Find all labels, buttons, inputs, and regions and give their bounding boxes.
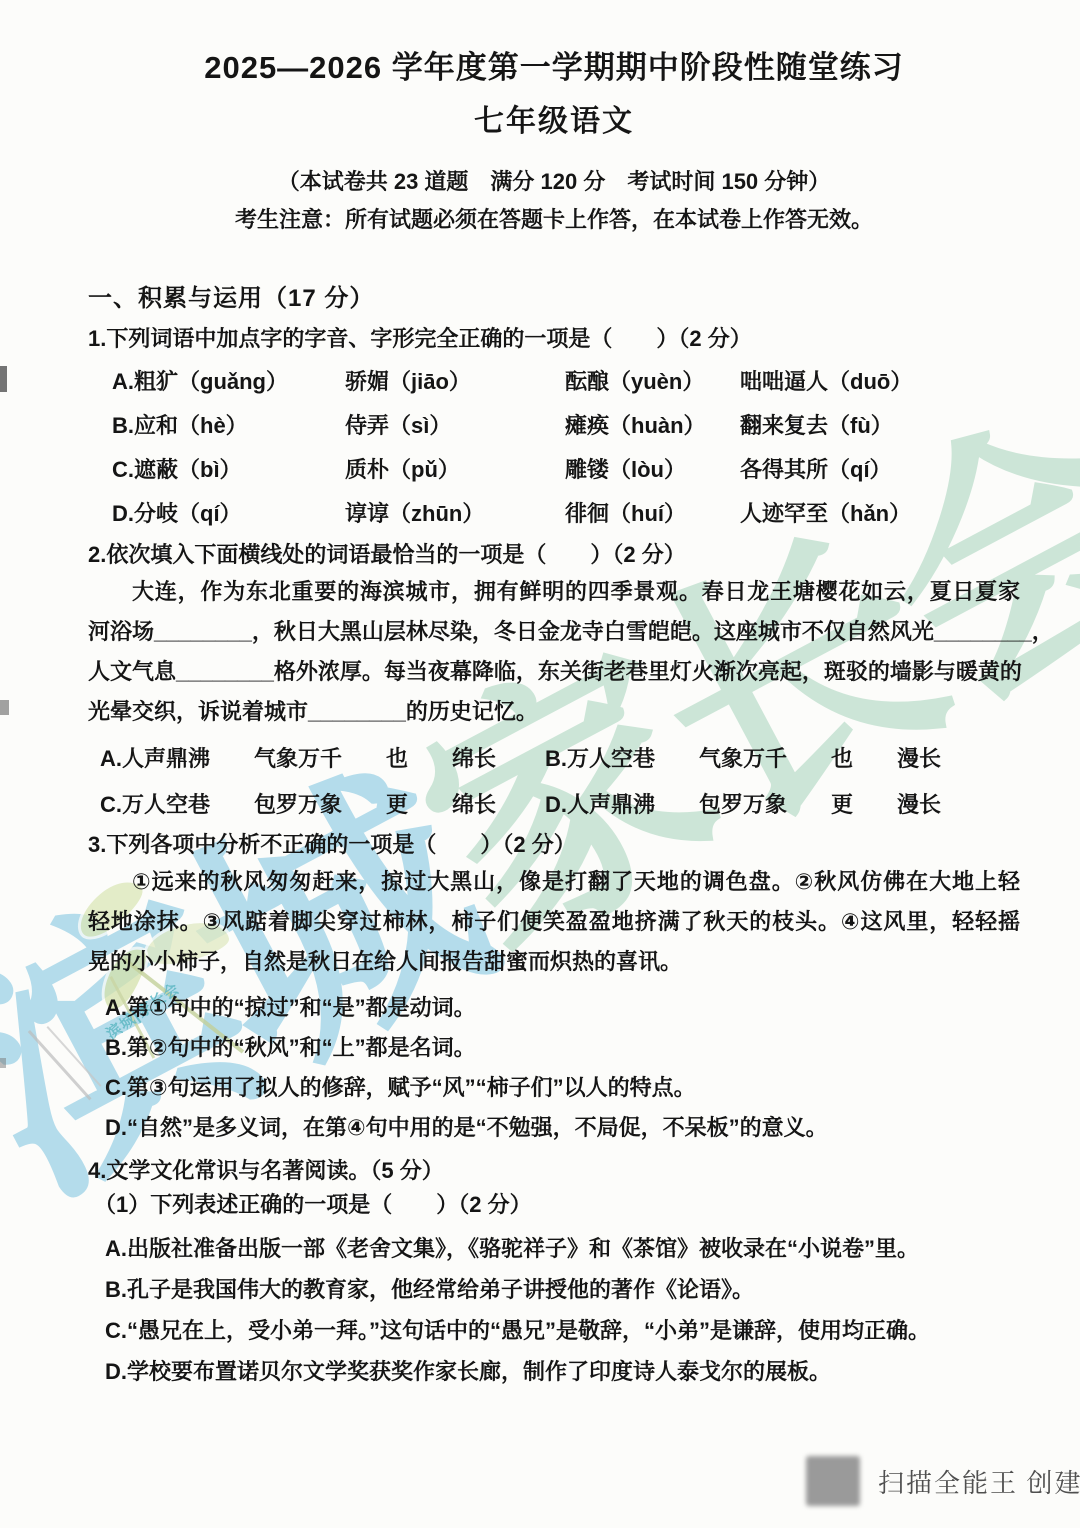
q1-option-row-b: B.应和（hè） 侍弄（sì） 瘫痪（huàn） 翻来复去（fù） <box>112 404 1020 448</box>
q1-option-row-c: C.遮蔽（bì） 质朴（pǔ） 雕镂（lòu） 各得其所（qí） <box>112 448 1020 492</box>
exam-paper-page: 滨城家长会 滨城|家长会 2025—2026 学年度第一学期期中阶段性随堂练习 … <box>0 0 1080 1528</box>
camscanner-credit-text: 扫描全能王 创建 <box>878 1463 1080 1500</box>
q1-c-word2: 质朴（pǔ） <box>345 448 565 492</box>
q1-b-word3: 瘫痪（huàn） <box>565 404 740 448</box>
q3-passage-line: 轻地涂抹。③风踮着脚尖穿过柿林，柿子们便笑盈盈地挤满了秋天的枝头。④这风里，轻轻… <box>88 902 1020 942</box>
section-heading: 一、积累与运用（17 分） <box>88 284 1020 314</box>
exam-title: 2025—2026 学年度第一学期期中阶段性随堂练习 <box>88 48 1020 88</box>
q1-c-word3: 雕镂（lòu） <box>565 448 740 492</box>
exam-notice: 考生注意：所有试题必须在答题卡上作答，在本试卷上作答无效。 <box>88 206 1020 234</box>
q4-option-d: D.学校要布置诺贝尔文学奖获奖作家长廊，制作了印度诗人泰戈尔的展板。 <box>105 1351 1020 1392</box>
exam-meta: （本试卷共 23 道题 满分 120 分 考试时间 150 分钟） <box>88 168 1020 196</box>
q2-option-row: A.人声鼎沸 气象万千 也 绵长 B.万人空巷 气象万千 也 漫长 <box>100 736 1020 782</box>
q4-option-c: C.“愚兄在上，受小弟一拜。”这句话中的“愚兄”是敬辞，“小弟”是谦辞，使用均正… <box>105 1310 1020 1351</box>
q1-a-word4: 咄咄逼人（duō） <box>740 360 1020 404</box>
q3-options: A.第①句中的“掠过”和“是”都是动词。 B.第②句中的“秋风”和“上”都是名词… <box>105 988 1020 1148</box>
q3-stem: 3.下列各项中分析不正确的一项是（ ）（2 分） <box>88 828 1020 862</box>
q1-d-word1: D.分岐（qí） <box>112 492 345 536</box>
q1-d-word3: 徘徊（huí） <box>565 492 740 536</box>
q3-passage-line: ①远来的秋风匆匆赶来，掠过大黑山，像是打翻了天地的调色盘。②秋风仿佛在大地上轻 <box>88 862 1020 902</box>
q2-stem: 2.依次填入下面横线处的词语最恰当的一项是（ ）（2 分） <box>88 538 1020 572</box>
q3-option-c: C.第③句运用了拟人的修辞，赋予“风”“柿子们”以人的特点。 <box>105 1068 1020 1108</box>
camscanner-credit: 扫描全能王 创建 <box>806 1456 1080 1506</box>
q1-d-word2: 谆谆（zhūn） <box>345 492 565 536</box>
exam-subtitle: 七年级语文 <box>88 102 1020 142</box>
q2-passage-line: 河浴场________，秋日大黑山层林尽染，冬日金龙寺白雪皑皑。这座城市不仅自然… <box>88 612 1020 652</box>
q4-sub-stem: （1）下列表述正确的一项是（ ）（2 分） <box>88 1188 1020 1222</box>
q2-option-d: D.人声鼎沸 包罗万象 更 漫长 <box>545 782 1020 828</box>
q2-option-row: C.万人空巷 包罗万象 更 绵长 D.人声鼎沸 包罗万象 更 漫长 <box>100 782 1020 828</box>
q2-options: A.人声鼎沸 气象万千 也 绵长 B.万人空巷 气象万千 也 漫长 C.万人空巷… <box>100 736 1020 828</box>
q1-option-row-a: A.粗犷（guǎng） 骄媚（jiāo） 酝酿（yuèn） 咄咄逼人（duō） <box>112 360 1020 404</box>
q4-options: A.出版社准备出版一部《老舍文集》，《骆驼祥子》和《茶馆》被收录在“小说卷”里。… <box>105 1228 1020 1392</box>
q2-option-b: B.万人空巷 气象万千 也 漫长 <box>545 736 1020 782</box>
q2-passage-line: 大连，作为东北重要的海滨城市，拥有鲜明的四季景观。春日龙王塘樱花如云，夏日夏家 <box>88 572 1020 612</box>
q3-option-a: A.第①句中的“掠过”和“是”都是动词。 <box>105 988 1020 1028</box>
q1-options: A.粗犷（guǎng） 骄媚（jiāo） 酝酿（yuèn） 咄咄逼人（duō） … <box>112 360 1020 536</box>
q1-b-word2: 侍弄（sì） <box>345 404 565 448</box>
q3-option-b: B.第②句中的“秋风”和“上”都是名词。 <box>105 1028 1020 1068</box>
q2-option-a: A.人声鼎沸 气象万千 也 绵长 <box>100 736 545 782</box>
q1-b-word4: 翻来复去（fù） <box>740 404 1020 448</box>
q2-option-c: C.万人空巷 包罗万象 更 绵长 <box>100 782 545 828</box>
q1-c-word1: C.遮蔽（bì） <box>112 448 345 492</box>
q1-a-word2: 骄媚（jiāo） <box>345 360 565 404</box>
q1-c-word4: 各得其所（qí） <box>740 448 1020 492</box>
q3-passage-line: 晃的小小柿子，自然是秋日在给人间报告甜蜜而炽热的喜讯。 <box>88 942 1020 982</box>
q2-passage: 大连，作为东北重要的海滨城市，拥有鲜明的四季景观。春日龙王塘樱花如云，夏日夏家 … <box>88 572 1020 732</box>
q3-option-d: D.“自然”是多义词，在第④句中用的是“不勉强，不局促，不呆板”的意义。 <box>105 1108 1020 1148</box>
q1-option-row-d: D.分岐（qí） 谆谆（zhūn） 徘徊（huí） 人迹罕至（hǎn） <box>112 492 1020 536</box>
q1-stem: 1.下列词语中加点字的字音、字形完全正确的一项是（ ）（2 分） <box>88 322 1020 356</box>
q1-a-word3: 酝酿（yuèn） <box>565 360 740 404</box>
q2-passage-line: 光晕交织，诉说着城市________的历史记忆。 <box>88 692 1020 732</box>
camscanner-logo-blurred-icon <box>806 1456 860 1506</box>
exam-content: 2025—2026 学年度第一学期期中阶段性随堂练习 七年级语文 （本试卷共 2… <box>0 0 1080 1392</box>
q4-option-b: B.孔子是我国伟大的教育家，他经常给弟子讲授他的著作《论语》。 <box>105 1269 1020 1310</box>
q3-passage: ①远来的秋风匆匆赶来，掠过大黑山，像是打翻了天地的调色盘。②秋风仿佛在大地上轻 … <box>88 862 1020 982</box>
q1-b-word1: B.应和（hè） <box>112 404 345 448</box>
q1-d-word4: 人迹罕至（hǎn） <box>740 492 1020 536</box>
q4-stem: 4.文学文化常识与名著阅读。（5 分） <box>88 1154 1020 1188</box>
q1-a-word1: A.粗犷（guǎng） <box>112 360 345 404</box>
q4-option-a: A.出版社准备出版一部《老舍文集》，《骆驼祥子》和《茶馆》被收录在“小说卷”里。 <box>105 1228 1020 1269</box>
q2-passage-line: 人文气息________格外浓厚。每当夜幕降临，东关街老巷里灯火渐次亮起，斑驳的… <box>88 652 1020 692</box>
